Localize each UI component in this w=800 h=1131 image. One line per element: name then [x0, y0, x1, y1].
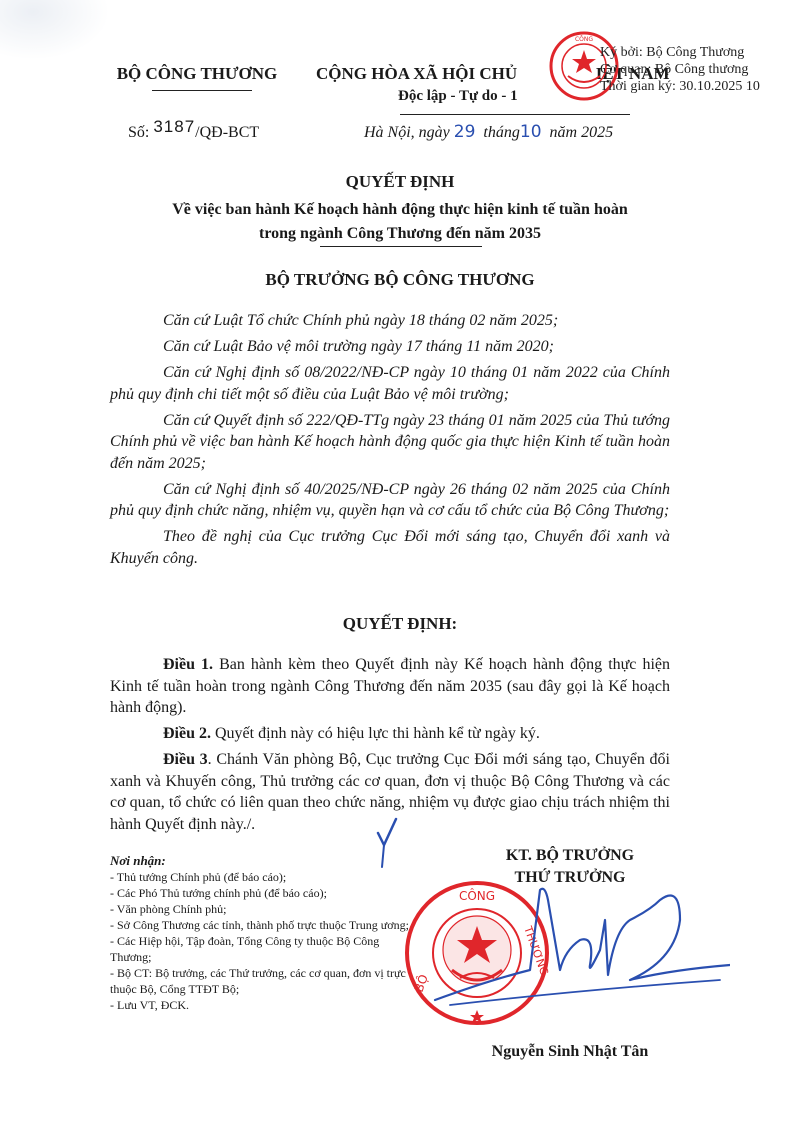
signing-time: Thời gian ký: 30.10.2025 10: [600, 78, 760, 95]
svg-text:CÔNG: CÔNG: [575, 36, 593, 43]
document-number: Số: 3187/QĐ-BCT: [128, 122, 259, 142]
legal-basis-item: Căn cứ Nghị định số 08/2022/NĐ-CP ngày 1…: [110, 362, 670, 405]
legal-basis-item: Căn cứ Quyết định số 222/QĐ-TTg ngày 23 …: [110, 410, 670, 475]
recipients-heading: Nơi nhận:: [110, 853, 410, 869]
number-suffix: /QĐ-BCT: [195, 124, 259, 141]
recipient-item: - Bộ CT: Bộ trưởng, các Thứ trưởng, các …: [110, 965, 410, 997]
number-value: 3187: [153, 117, 195, 136]
article-2: Điều 2. Quyết định này có hiệu lực thi h…: [110, 723, 670, 745]
document-subject: Về việc ban hành Kế hoạch hành động thực…: [0, 198, 800, 246]
recipient-item: - Các Hiệp hội, Tập đoàn, Tổng Công ty t…: [110, 933, 410, 965]
articles: Điều 1. Ban hành kèm theo Quyết định này…: [110, 654, 670, 840]
scan-artifact: [0, 0, 110, 60]
document-title: QUYẾT ĐỊNH: [0, 172, 800, 192]
legal-basis-item: Căn cứ Luật Tổ chức Chính phủ ngày 18 th…: [110, 310, 670, 332]
recipient-item: - Lưu VT, ĐCK.: [110, 997, 410, 1013]
agency-underline: [152, 90, 252, 91]
date-month-handwritten: 10: [520, 122, 542, 142]
recipient-item: - Thủ tướng Chính phủ (để báo cáo);: [110, 869, 410, 885]
motto-underline: [400, 114, 630, 115]
article-1: Điều 1. Ban hành kèm theo Quyết định này…: [110, 654, 670, 719]
recipient-item: - Các Phó Thủ tướng chính phủ (để báo cá…: [110, 885, 410, 901]
issuing-agency: BỘ CÔNG THƯƠNG: [92, 64, 302, 84]
decision-heading: QUYẾT ĐỊNH:: [0, 614, 800, 634]
date-day-handwritten: 29: [454, 122, 476, 142]
legal-basis-item: Căn cứ Nghị định số 40/2025/NĐ-CP ngày 2…: [110, 479, 670, 522]
legal-basis-item: Theo đề nghị của Cục trưởng Cục Đổi mới …: [110, 526, 670, 569]
subject-underline: [320, 246, 482, 247]
national-title-left: CỘNG HÒA XÃ HỘI CHỦ: [316, 64, 517, 83]
signer-name: Nguyễn Sinh Nhật Tân: [460, 1043, 680, 1061]
digital-signature-info: Ký bởi: Bộ Công Thương Cơ quan: Bộ Công …: [600, 44, 760, 95]
signed-by: Ký bởi: Bộ Công Thương: [600, 44, 760, 61]
legal-basis-item: Căn cứ Luật Bảo vệ môi trường ngày 17 th…: [110, 336, 670, 358]
legal-basis: Căn cứ Luật Tổ chức Chính phủ ngày 18 th…: [110, 310, 670, 574]
recipient-item: - Văn phòng Chính phủ;: [110, 901, 410, 917]
recipient-item: - Sở Công Thương các tỉnh, thành phố trự…: [110, 917, 410, 933]
national-motto: Độc lập - Tự do - 1: [398, 88, 518, 105]
recipients-list: Nơi nhận: - Thủ tướng Chính phủ (để báo …: [110, 853, 410, 1013]
number-label: Số:: [128, 124, 149, 141]
svg-text:BỘ: BỘ: [411, 972, 431, 994]
signing-agency: Cơ quan: Bộ Công thương: [600, 61, 760, 78]
issue-date: Hà Nội, ngày 29 tháng10 năm 2025: [364, 122, 613, 142]
issuing-authority: BỘ TRƯỞNG BỘ CÔNG THƯƠNG: [0, 270, 800, 290]
handwritten-signature: [430, 880, 730, 1010]
